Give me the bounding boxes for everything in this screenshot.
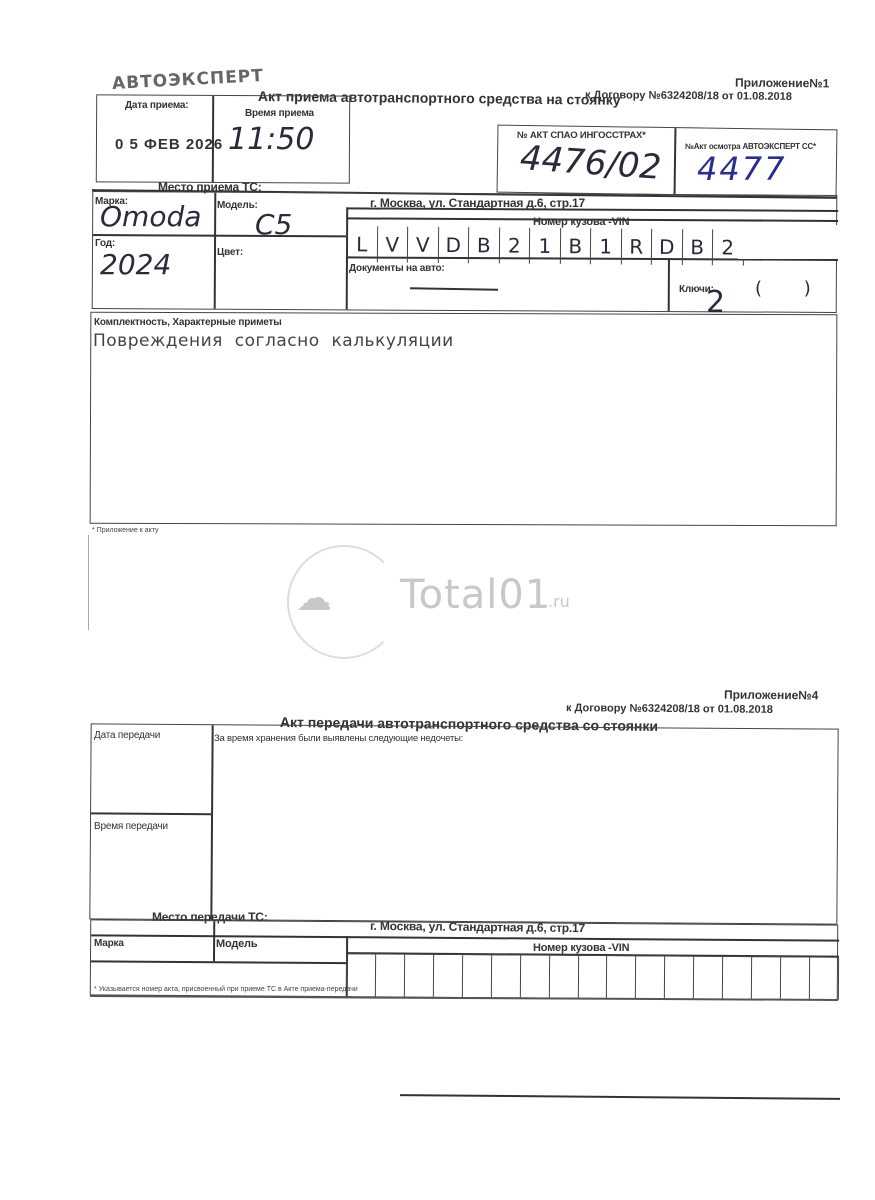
reception-date-label: Дата приема: bbox=[125, 100, 188, 111]
vin-empty-cell bbox=[463, 955, 492, 997]
year-value: 2024 bbox=[100, 248, 171, 281]
vin-char-cell: R bbox=[621, 229, 652, 265]
vin-empty-cell bbox=[752, 957, 781, 999]
vin-char-cell: B bbox=[469, 227, 500, 263]
scan-edge-line bbox=[88, 535, 89, 630]
reception-date-stamp: 0 5 ФЕВ 2026 bbox=[115, 136, 223, 153]
vin-empty-cell bbox=[492, 955, 521, 997]
vin-empty-cell bbox=[520, 956, 549, 998]
autoexpert-act-number: 4477 bbox=[697, 150, 786, 188]
model-value: C5 bbox=[255, 208, 292, 241]
watermark-text: Total01 bbox=[400, 572, 551, 618]
top-footnote: * Приложение к акту bbox=[92, 527, 159, 534]
defects-label: За время хранения были выявлены следующи… bbox=[214, 733, 463, 744]
transfer-block bbox=[89, 723, 838, 924]
color-label: Цвет: bbox=[217, 247, 243, 258]
vin-char-cell: 1 bbox=[591, 228, 622, 264]
vin-empty-cell bbox=[665, 957, 694, 999]
vin-empty-cell bbox=[607, 956, 636, 998]
vin-label: Номер кузова -VIN bbox=[533, 216, 629, 228]
reception-time-label: Время приема bbox=[245, 108, 314, 119]
documents-label: Документы на авто: bbox=[349, 263, 445, 274]
vin-char-cell: 1 bbox=[530, 228, 561, 264]
completeness-label: Комплектность, Характерные приметы bbox=[94, 317, 282, 328]
model-label: Модель: bbox=[217, 200, 258, 211]
vin-char-cell: V bbox=[377, 226, 408, 262]
appendix-label: Приложение№1 bbox=[735, 76, 829, 91]
vin-empty-cell bbox=[810, 958, 839, 1000]
watermark-suffix: .ru bbox=[548, 592, 570, 611]
contract4-reference: к Договору №6324208/18 от 01.08.2018 bbox=[566, 702, 773, 716]
transfer-date-label: Дата передачи bbox=[94, 730, 160, 741]
transfer-make-label: Марка bbox=[94, 938, 124, 949]
transfer-time-label: Время передачи bbox=[94, 821, 168, 832]
vin-empty-cell bbox=[694, 957, 723, 999]
signature-line bbox=[400, 1094, 840, 1100]
keys-extra: ( ) bbox=[755, 278, 829, 299]
vin-char-cell: B bbox=[682, 229, 713, 265]
cloud-icon: ☁ bbox=[296, 578, 332, 619]
autoexpert-logo-stamp: АВТОЭКСПЕРТ bbox=[112, 66, 265, 94]
vin-empty-cell bbox=[578, 956, 607, 998]
transfer-vin-label: Номер кузова -VIN bbox=[533, 942, 629, 954]
vin-empty-cell bbox=[405, 955, 434, 997]
make-value: Omoda bbox=[100, 200, 201, 233]
appendix4-label: Приложение№4 bbox=[724, 688, 818, 703]
vin-char-cell: V bbox=[408, 227, 439, 263]
vin-char-cell: D bbox=[438, 227, 469, 263]
vin-char-cell: 2 bbox=[499, 227, 530, 263]
vin-empty-cell bbox=[636, 956, 665, 998]
reception-time-value: 11:50 bbox=[228, 122, 314, 157]
transfer-vin-cells bbox=[346, 953, 838, 999]
vin-empty-cell bbox=[781, 957, 810, 999]
vin-char-cell: B bbox=[560, 228, 591, 264]
vin-redaction bbox=[738, 225, 838, 259]
bottom-footnote: * Указывается номер акта, присвоенный пр… bbox=[94, 986, 358, 993]
vin-cells: LVVDB21B1RDB2 bbox=[347, 226, 772, 266]
vin-char-cell: D bbox=[652, 229, 683, 265]
vin-char-cell: L bbox=[347, 226, 378, 262]
vin-empty-cell bbox=[549, 956, 578, 998]
vin-empty-cell bbox=[723, 957, 752, 999]
transfer-model-label: Модель bbox=[216, 938, 257, 950]
vin-empty-cell bbox=[376, 954, 405, 996]
completeness-value: Повреждения согласно калькуляции bbox=[93, 331, 454, 351]
vin-empty-cell bbox=[434, 955, 463, 997]
